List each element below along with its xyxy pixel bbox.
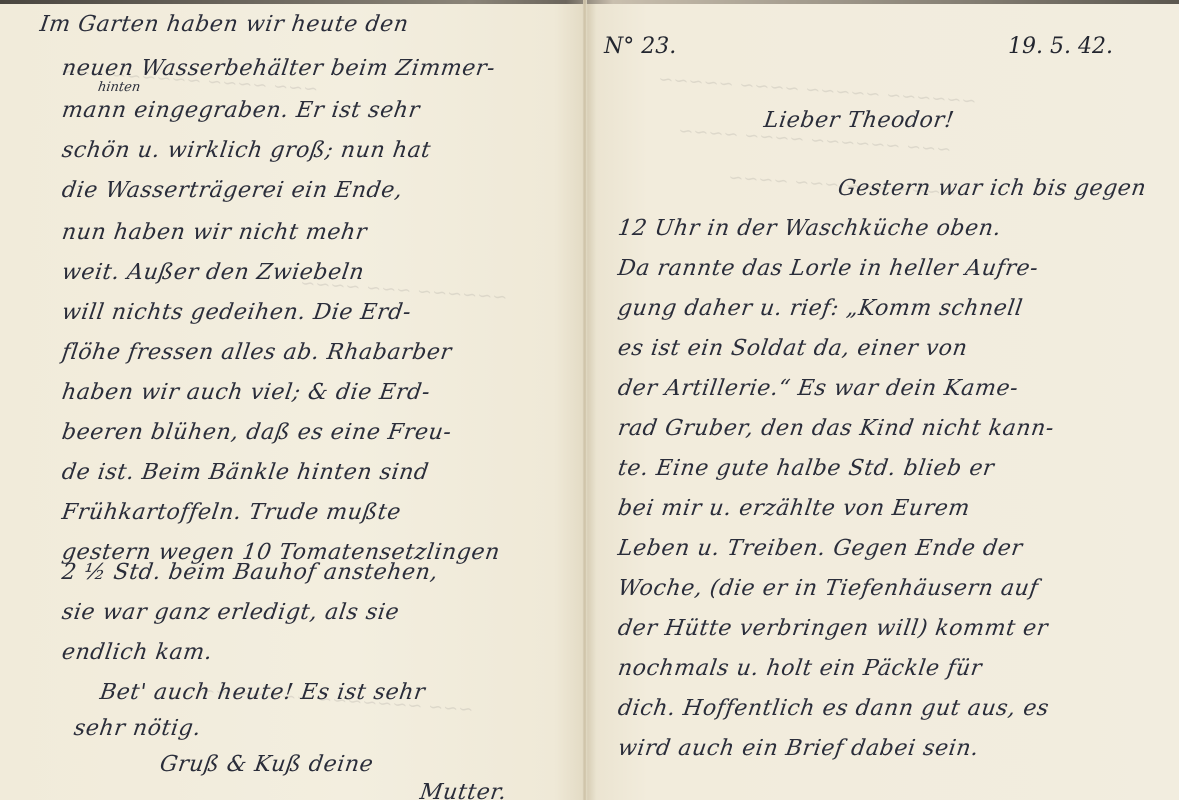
letter-line: die Wasserträgerei ein Ende, [60, 178, 404, 203]
interlinear-insertion: hinten [97, 80, 141, 95]
letter-line: 12 Uhr in der Waschküche oben. [616, 216, 1003, 241]
letter-line: sehr nötig. [72, 716, 202, 741]
letter-line: nochmals u. holt ein Päckle für [616, 656, 983, 681]
salutation: Lieber Theodor! [762, 108, 956, 133]
letter-line: nun haben wir nicht mehr [60, 220, 368, 245]
right-page: ~~~~~~ ~~~~~ ~~~~ ~~~~~ ~~~ ~~~~~~ ~~~~ … [588, 0, 1179, 800]
letter-line: der Artillerie.“ Es war dein Kame- [616, 376, 1020, 401]
letter-line: te. Eine gute halbe Std. blieb er [616, 456, 996, 481]
letter-line: neuen Wasserbehälter beim Zimmer- [60, 56, 497, 81]
letter-line: flöhe fressen alles ab. Rhabarber [60, 340, 453, 365]
closing-greeting: Gruß & Kuß deine [158, 752, 375, 777]
letter-line: der Hütte verbringen will) kommt er [616, 616, 1049, 641]
letter-line: sie war ganz erledigt, als sie [60, 600, 401, 625]
letter-line: Gestern war ich bis gegen [836, 176, 1148, 201]
letter-line: wird auch ein Brief dabei sein. [616, 736, 980, 761]
letter-date: 19. 5. 42. [1008, 34, 1113, 59]
page-fold [583, 0, 587, 800]
letter-line: rad Gruber, den das Kind nicht kann- [616, 416, 1055, 441]
signature: Mutter. [418, 780, 508, 800]
bleed-through-text: ~~~~~~ ~~~~~ ~~~~ ~~~~~ [658, 69, 978, 112]
letter-number: N° 23. [604, 34, 676, 59]
letter-line: weit. Außer den Zwiebeln [60, 260, 366, 285]
left-page: ~~~ ~~~~ ~~~~~~ ~~~ ~~~~~~ ~~~ ~~~~ ~~~ … [0, 0, 584, 800]
letter-line: Im Garten haben wir heute den [38, 12, 410, 37]
letter-line: 2 ½ Std. beim Bauhof anstehen, [60, 560, 440, 585]
letter-line: schön u. wirklich groß; nun hat [60, 138, 432, 163]
letter-line: will nichts gedeihen. Die Erd- [60, 300, 413, 325]
letter-line: Frühkartoffeln. Trude mußte [60, 500, 402, 525]
letter-line: endlich kam. [60, 640, 214, 665]
letter-spread: ~~~ ~~~~ ~~~~~~ ~~~ ~~~~~~ ~~~ ~~~~ ~~~ … [0, 0, 1179, 800]
letter-line: Woche, (die er in Tiefenhäusern auf [616, 576, 1040, 601]
letter-line: beeren blühen, daß es eine Freu- [60, 420, 453, 445]
letter-line: bei mir u. erzählte von Eurem [616, 496, 971, 521]
letter-line: Leben u. Treiben. Gegen Ende der [616, 536, 1024, 561]
letter-line: dich. Hoffentlich es dann gut aus, es [616, 696, 1050, 721]
letter-line: haben wir auch viel; & die Erd- [60, 380, 432, 405]
letter-line: Da rannte das Lorle in heller Aufre- [616, 256, 1040, 281]
letter-line: de ist. Beim Bänkle hinten sind [60, 460, 430, 485]
letter-line: es ist ein Soldat da, einer von [616, 336, 969, 361]
letter-line: Bet' auch heute! Es ist sehr [98, 680, 427, 705]
letter-line: gung daher u. rief: „Komm schnell [616, 296, 1024, 321]
letter-line: mann eingegraben. Er ist sehr [60, 98, 421, 123]
